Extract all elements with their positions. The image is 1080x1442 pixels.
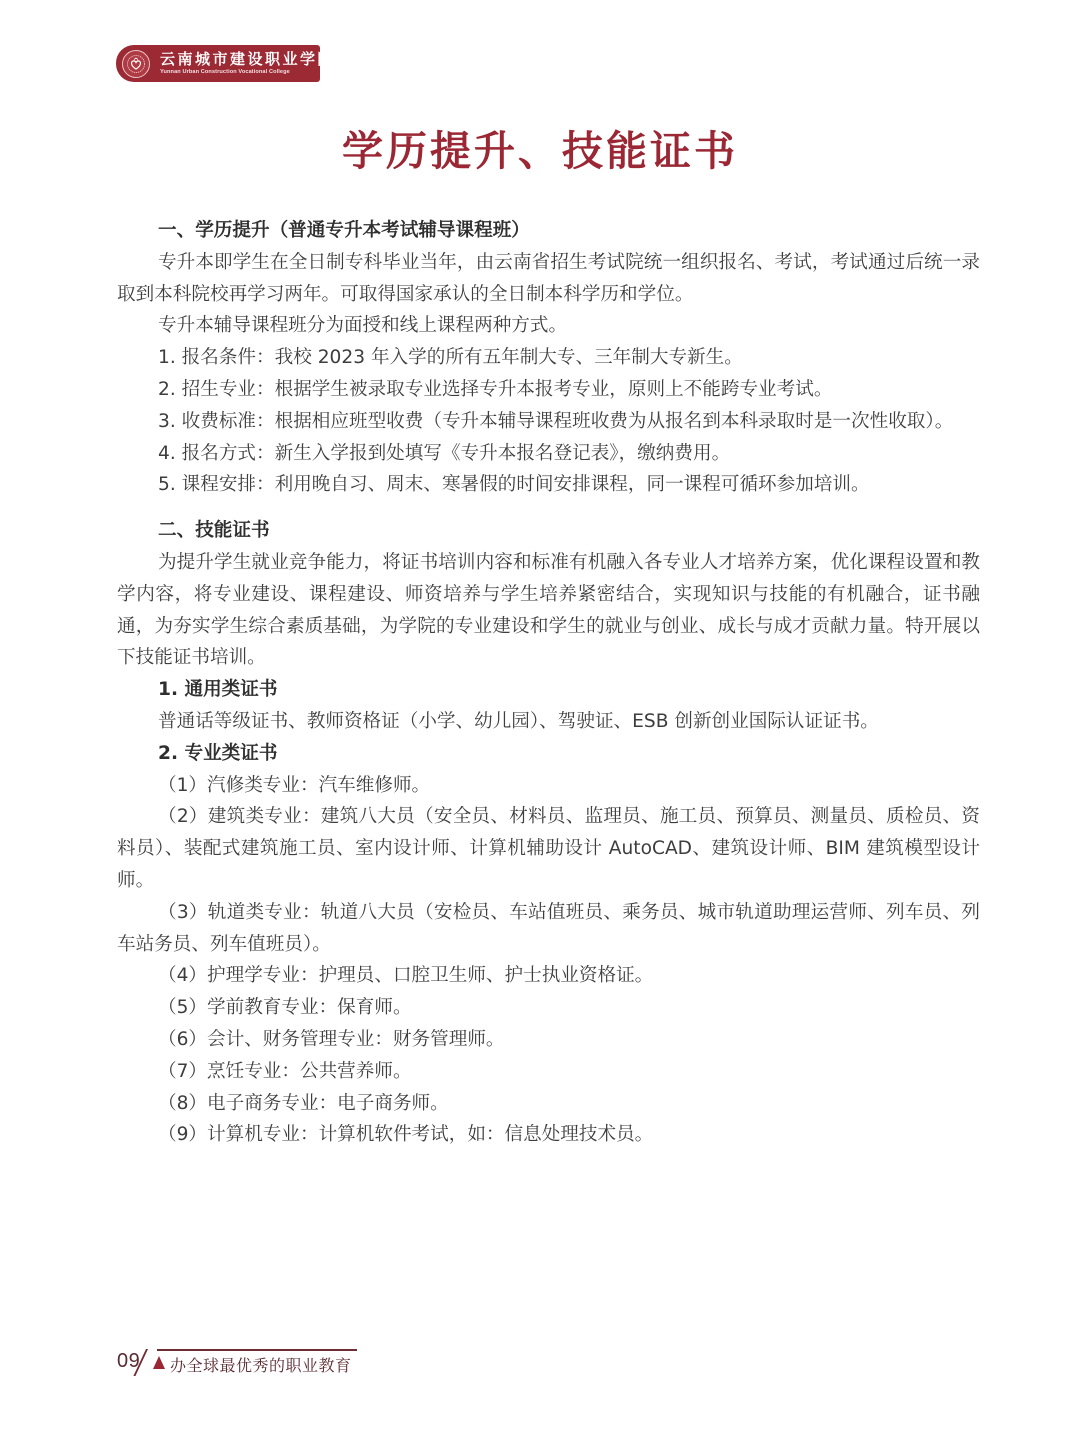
list-item: 2. 招生专业：根据学生被录取专业选择专升本报考专业，原则上不能跨专业考试。: [117, 374, 980, 406]
section-heading-certificates: 二、技能证书: [117, 515, 980, 547]
list-item: （8）电子商务专业：电子商务师。: [117, 1088, 980, 1120]
section-heading-education: 一、学历提升（普通专升本考试辅导课程班）: [117, 215, 980, 247]
list-item: （6）会计、财务管理专业：财务管理师。: [117, 1024, 980, 1056]
document-body: 一、学历提升（普通专升本考试辅导课程班） 专升本即学生在全日制专科毕业当年，由云…: [117, 215, 980, 1151]
paragraph: 为提升学生就业竞争能力，将证书培训内容和标准有机融入各专业人才培养方案，优化课程…: [117, 547, 980, 674]
list-item: （1）汽修类专业：汽车维修师。: [117, 770, 980, 802]
list-item: （2）建筑类专业：建筑八大员（安全员、材料员、监理员、施工员、预算员、测量员、质…: [117, 801, 980, 896]
page-title: 学历提升、技能证书: [0, 118, 1080, 177]
paragraph: 专升本辅导课程班分为面授和线上课程两种方式。: [117, 310, 980, 342]
page-footer: 09 办全球最优秀的职业教育: [117, 1346, 357, 1376]
list-item: （4）护理学专业：护理员、口腔卫生师、护士执业资格证。: [117, 960, 980, 992]
list-item: （7）烹饪专业：公共营养师。: [117, 1056, 980, 1088]
triangle-icon: [153, 1356, 165, 1369]
list-item: 1. 报名条件：我校 2023 年入学的所有五年制大专、三年制大专新生。: [117, 342, 980, 374]
subheading-professional-certificates: 2. 专业类证书: [117, 738, 980, 770]
list-item: （9）计算机专业：计算机软件考试，如：信息处理技术员。: [117, 1119, 980, 1151]
list-item: （5）学前教育专业：保育师。: [117, 992, 980, 1024]
list-item: 4. 报名方式：新生入学报到处填写《专升本报名登记表》，缴纳费用。: [117, 438, 980, 470]
subheading-general-certificates: 1. 通用类证书: [117, 674, 980, 706]
college-emblem-icon: [122, 50, 150, 78]
college-name-cn: 云南城市建设职业学院: [160, 52, 320, 67]
spacer: [117, 501, 980, 515]
paragraph: 专升本即学生在全日制专科毕业当年，由云南省招生考试院统一组织报名、考试，考试通过…: [117, 247, 980, 311]
college-name-en: Yunnan Urban Construction Vocational Col…: [160, 70, 320, 76]
footer-slogan: 办全球最优秀的职业教育: [170, 1353, 352, 1376]
list-item: （3）轨道类专业：轨道八大员（安检员、车站值班员、乘务员、城市轨道助理运营师、列…: [117, 897, 980, 961]
paragraph: 普通话等级证书、教师资格证（小学、幼儿园）、驾驶证、ESB 创新创业国际认证证书…: [117, 706, 980, 738]
list-item: 3. 收费标准：根据相应班型收费（专升本辅导课程班收费为从报名到本科录取时是一次…: [117, 406, 980, 438]
divider-line: [157, 1349, 357, 1351]
college-logo: 云南城市建设职业学院 Yunnan Urban Construction Voc…: [116, 45, 320, 82]
list-item: 5. 课程安排：利用晚自习、周末、寒暑假的时间安排课程，同一课程可循环参加培训。: [117, 469, 980, 501]
